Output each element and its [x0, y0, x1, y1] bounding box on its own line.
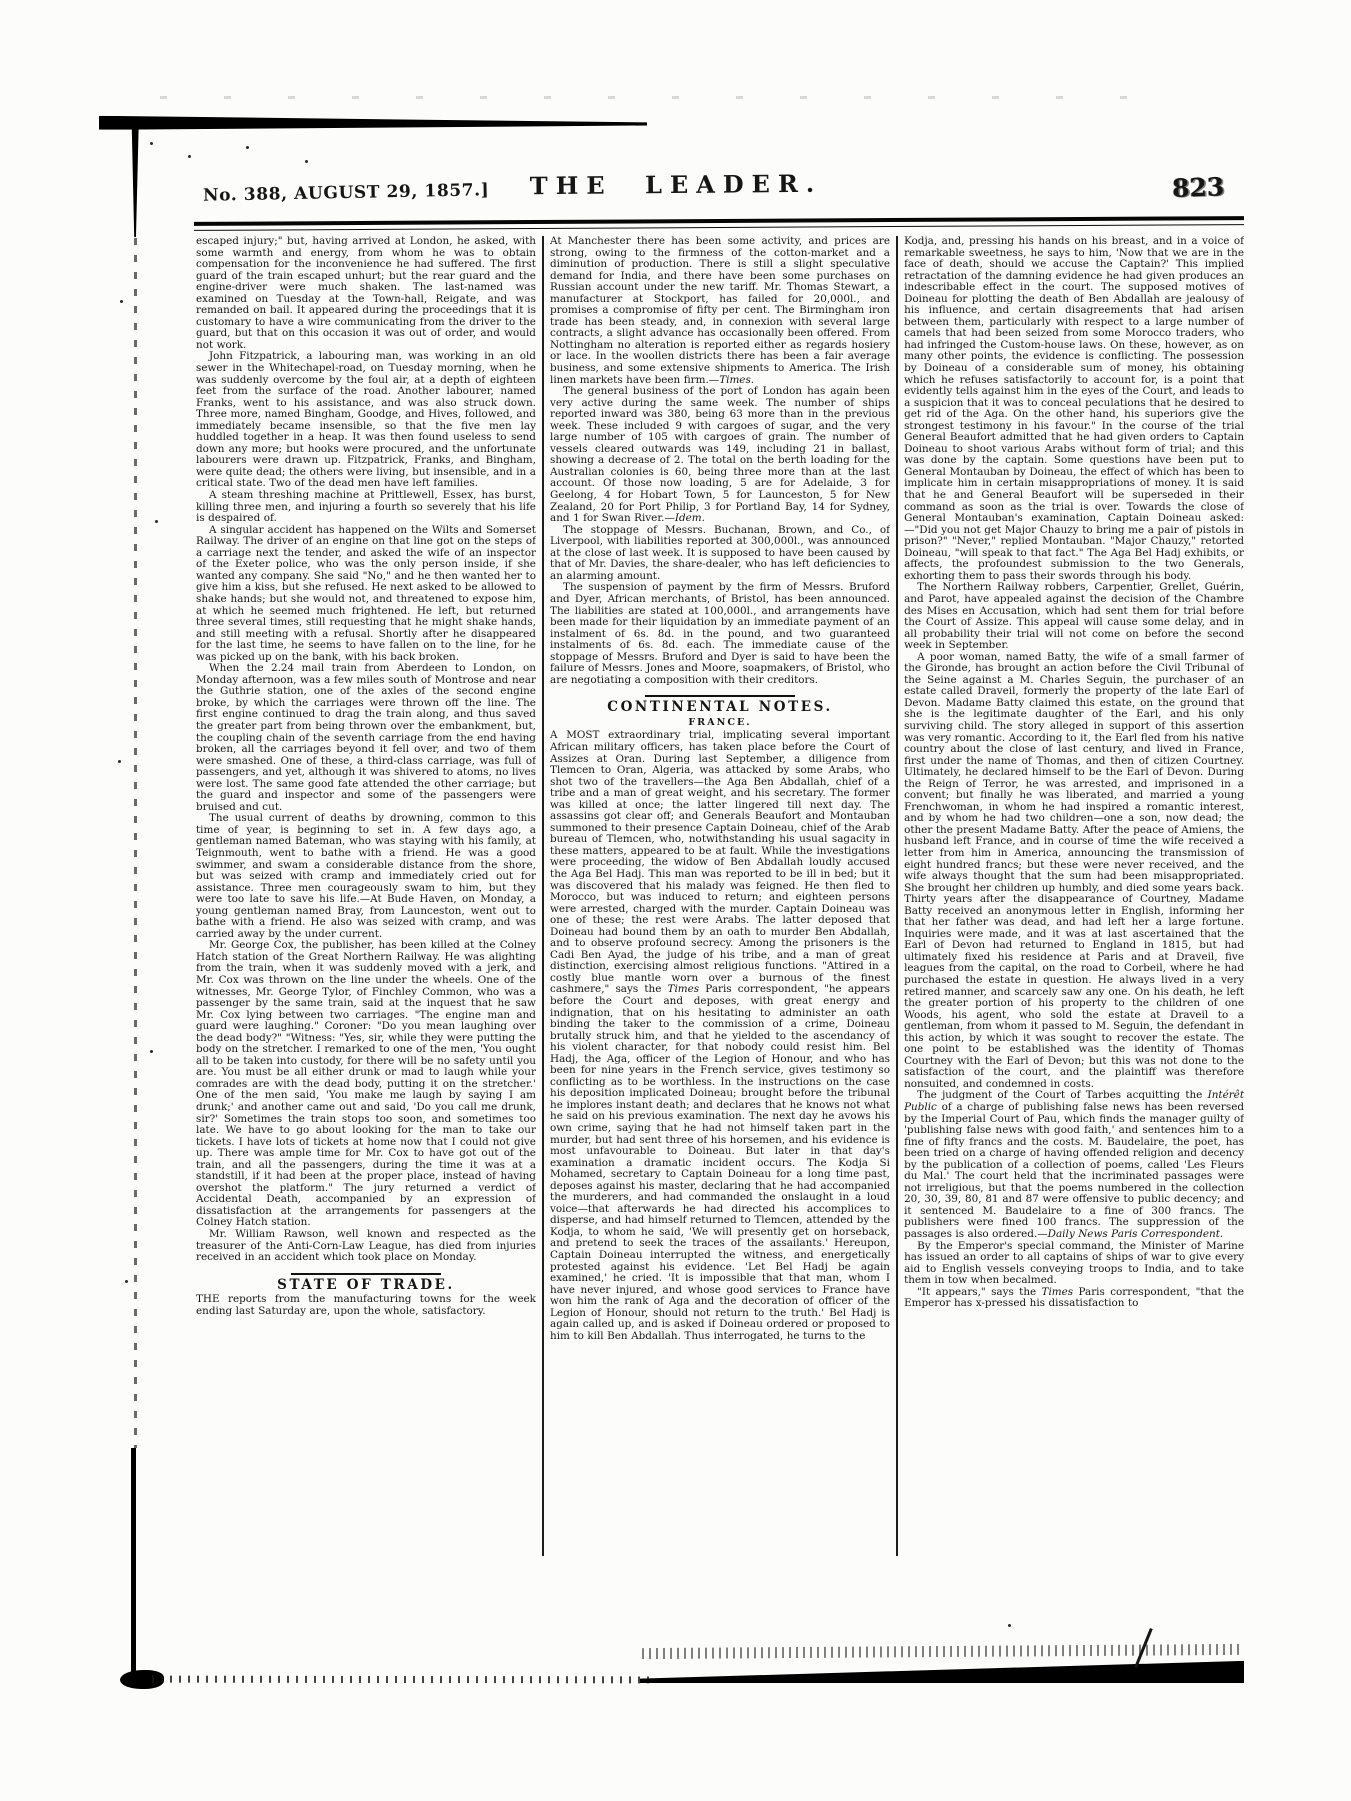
article-paragraph: When the 2.24 mail train from Aberdeen t… [196, 663, 536, 813]
issue-date-line: No. 388, AUGUST 29, 1857.] [203, 180, 490, 205]
article-paragraph: Kodja, and, pressing his hands on his br… [904, 236, 1244, 582]
article-paragraph: The Northern Railway robbers, Carpentier… [904, 582, 1244, 651]
scan-speck [305, 160, 308, 163]
scan-speck [150, 1050, 153, 1053]
column-1: escaped injury;" but, having arrived at … [196, 236, 536, 1556]
article-paragraph: Mr. George Cox, the publisher, has been … [196, 940, 536, 1229]
article-paragraph: The judgment of the Court of Tarbes acqu… [904, 1090, 1244, 1240]
scan-speck [118, 760, 121, 763]
section-heading-rule [291, 1273, 441, 1275]
scan-speck [125, 1280, 128, 1283]
scan-bottom-wedge [640, 1656, 1244, 1683]
scan-noise-top [160, 96, 1180, 99]
scan-speck [120, 300, 123, 303]
article-paragraph: A steam threshing machine at Prittlewell… [196, 490, 536, 525]
scan-speck [188, 155, 191, 158]
newspaper-page: No. 388, AUGUST 29, 1857.] THE LEADER. 8… [0, 0, 1351, 1801]
scan-speck [150, 142, 153, 145]
scan-bottom-speckles-right [642, 1644, 1240, 1659]
section-subheading: FRANCE. [550, 717, 890, 729]
scan-left-edge-line [131, 1448, 136, 1688]
section-heading: STATE OF TRADE. [196, 1280, 536, 1292]
article-paragraph: The usual current of deaths by drowning,… [196, 813, 536, 940]
article-paragraph: A poor woman, named Batty, the wife of a… [904, 652, 1244, 1091]
article-columns: escaped injury;" but, having arrived at … [196, 236, 1244, 1556]
article-paragraph: "It appears," says the Times Paris corre… [904, 1287, 1244, 1310]
header-double-rule [194, 216, 1244, 231]
article-paragraph: A MOST extraordinary trial, implicating … [550, 730, 890, 1342]
article-paragraph: THE reports from the manufacturing towns… [196, 1294, 536, 1317]
newspaper-masthead-title: THE LEADER. [529, 169, 822, 201]
scan-streak-vertical [131, 129, 139, 237]
scan-speck [246, 146, 249, 149]
article-paragraph: The stoppage of Messrs. Buchanan, Brown,… [550, 525, 890, 583]
column-2: At Manchester there has been some activi… [550, 236, 890, 1556]
scan-left-edge-dashes [134, 238, 137, 1448]
article-paragraph: At Manchester there has been some activi… [550, 236, 890, 386]
article-paragraph: By the Emperor's special command, the Mi… [904, 1241, 1244, 1287]
scan-speck [155, 520, 158, 523]
column-rule-2 [896, 236, 897, 1556]
section-heading: CONTINENTAL NOTES. [550, 702, 890, 714]
scan-speck [1008, 1624, 1011, 1627]
article-paragraph: John Fitzpatrick, a labouring man, was w… [196, 351, 536, 490]
scan-bottom-speckles-left [152, 1676, 652, 1684]
article-paragraph: The suspension of payment by the firm of… [550, 582, 890, 686]
section-heading-rule [645, 695, 795, 697]
scan-streak-top-left [99, 116, 647, 132]
page-number: 823 [1172, 172, 1225, 203]
article-paragraph: escaped injury;" but, having arrived at … [196, 236, 536, 351]
article-paragraph: The general business of the port of Lond… [550, 386, 890, 525]
column-rule-1 [542, 236, 543, 1556]
article-paragraph: A singular accident has happened on the … [196, 525, 536, 664]
column-3: Kodja, and, pressing his hands on his br… [904, 236, 1244, 1556]
article-paragraph: Mr. William Rawson, well known and respe… [196, 1229, 536, 1264]
